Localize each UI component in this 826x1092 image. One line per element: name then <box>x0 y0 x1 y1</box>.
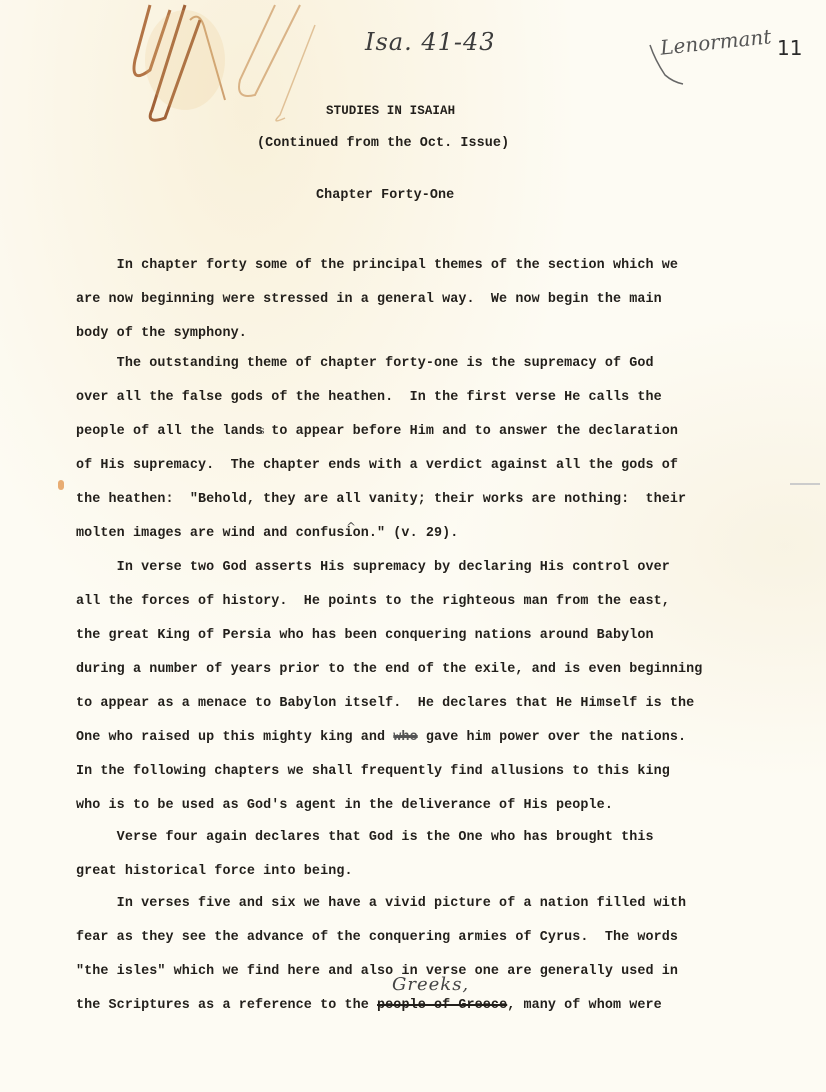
document-page: Isa. 41-43 Lenormant 11 STUDIES IN ISAIA… <box>0 0 826 1092</box>
body-line: The outstanding theme of chapter forty-o… <box>76 356 654 371</box>
text-segment: One who raised up this mighty king and <box>76 730 393 745</box>
handwritten-insert-s: s <box>259 424 265 437</box>
body-line: of His supremacy. The chapter ends with … <box>76 458 678 473</box>
body-line: the great King of Persia who has been co… <box>76 628 654 643</box>
body-line: In verse two God asserts His supremacy b… <box>76 560 670 575</box>
body-line-struck-who: One who raised up this mighty king and w… <box>76 730 686 745</box>
body-line: who is to be used as God's agent in the … <box>76 798 613 813</box>
body-line: people of all the lands to appear before… <box>76 424 678 439</box>
body-line: In chapter forty some of the principal t… <box>76 258 678 273</box>
body-line: during a number of years prior to the en… <box>76 662 702 677</box>
edge-mark <box>790 483 820 485</box>
document-subtitle: (Continued from the Oct. Issue) <box>257 136 509 151</box>
body-line: body of the symphony. <box>76 326 247 341</box>
body-line: to appear as a menace to Babylon itself.… <box>76 696 694 711</box>
struck-word: who <box>393 730 417 745</box>
text-segment: gave him power over the nations. <box>418 730 686 745</box>
body-line: In verses five and six we have a vivid p… <box>76 896 686 911</box>
handwritten-author-name: Lenormant <box>659 24 772 60</box>
body-line: the heathen: "Behold, they are all vanit… <box>76 492 686 507</box>
body-line: all the forces of history. He points to … <box>76 594 670 609</box>
handwritten-caret-mark: ^ <box>346 520 356 534</box>
handwritten-insert-greeks: Greeks, <box>392 974 469 995</box>
body-line-struck-greece: the Scriptures as a reference to the peo… <box>76 998 662 1013</box>
body-line: great historical force into being. <box>76 864 353 879</box>
body-line: "the isles" which we find here and also … <box>76 964 678 979</box>
body-line: In the following chapters we shall frequ… <box>76 764 670 779</box>
body-line: over all the false gods of the heathen. … <box>76 390 662 405</box>
body-line: molten images are wind and confusion." (… <box>76 526 458 541</box>
body-line: fear as they see the advance of the conq… <box>76 930 678 945</box>
document-title: STUDIES IN ISAIAH <box>326 104 455 118</box>
paper-clip-rust-stain <box>130 0 330 130</box>
text-segment: the Scriptures as a reference to the <box>76 998 377 1013</box>
struck-phrase: people of Greece <box>377 998 507 1013</box>
body-line: Verse four again declares that God is th… <box>76 830 654 845</box>
chapter-heading: Chapter Forty-One <box>316 188 454 203</box>
handwritten-chapter-reference: Isa. 41-43 <box>365 28 496 56</box>
body-line: are now beginning were stressed in a gen… <box>76 292 662 307</box>
text-segment: , many of whom were <box>507 998 662 1013</box>
page-number: 11 <box>777 36 802 60</box>
margin-stain <box>58 480 64 490</box>
